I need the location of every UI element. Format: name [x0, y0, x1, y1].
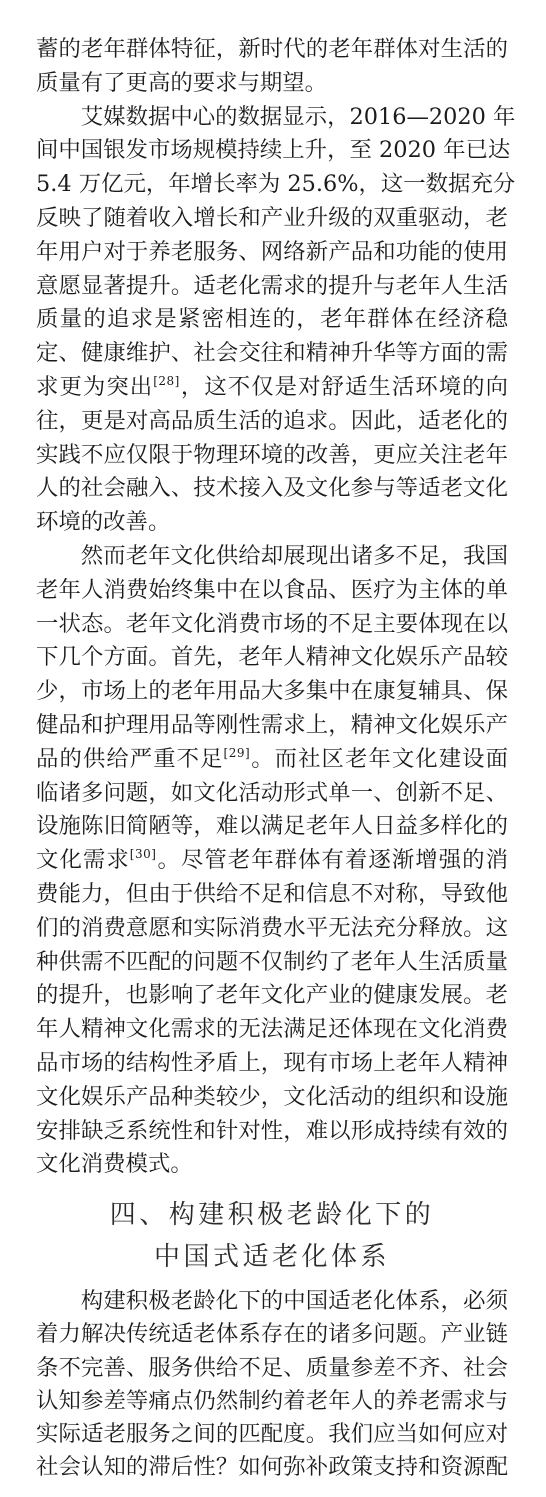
text-line: 年用户对于养老服务、网络新产品和功能的使用 [36, 236, 508, 270]
text-line: 年人精神文化需求的无法满足还体现在文化消费 [36, 1013, 508, 1047]
text-line: 实际适老服务之间的匹配度。我们应当如何应对 [36, 1418, 508, 1451]
text-line: 人的社会融入、技术接入及文化参与等适老文化 [36, 472, 508, 506]
text-line-with-citation: 品的供给严重不足[29]。而社区老年文化建设面 [36, 743, 508, 777]
text-segment: 求更为突出 [36, 374, 153, 400]
text-line-with-citation: 文化需求[30]。尽管老年群体有着逐渐增强的消 [36, 844, 508, 878]
text-line: 条不完善、服务供给不足、质量参差不齐、社会 [36, 1352, 508, 1385]
text-line: 间中国银发市场规模持续上升，至 2020 年已达 [36, 134, 508, 168]
text-line: 反映了随着收入增长和产业升级的双重驱动，老 [36, 202, 508, 236]
text-line: 下几个方面。首先，老年人精神文化娱乐产品较 [36, 641, 508, 675]
text-line: 往，更是对高品质生活的追求。因此，适老化的 [36, 405, 508, 439]
text-line: 种供需不匹配的问题不仅制约了老年人生活质量 [36, 946, 508, 980]
citation-30: [30] [130, 847, 157, 861]
text-line: 着力解决传统适老体系存在的诸多问题。产业链 [36, 1318, 508, 1351]
text-segment: 。尽管老年群体有着逐渐增强的消 [156, 847, 508, 873]
text-line: 实践不应仅限于物理环境的改善，更应关注老年 [36, 439, 508, 473]
text-line: 文化消费模式。 [36, 1148, 508, 1182]
text-line: 社会认知的滞后性？如何弥补政策支持和资源配 [36, 1451, 508, 1484]
text-line: 然而老年文化供给却展现出诸多不足，我国 [36, 540, 508, 574]
paragraph-continued: 蓄的老年群体特征，新时代的老年群体对生活的 质量有了更高的要求与期望。 [36, 33, 508, 101]
text-line: 少，市场上的老年用品大多集中在康复辅具、保 [36, 675, 508, 709]
text-line: 定、健康维护、社会交往和精神升华等方面的需 [36, 337, 508, 371]
paragraph-cultural-supply: 然而老年文化供给却展现出诸多不足，我国 老年人消费始终集中在以食品、医疗为主体的… [36, 540, 508, 1182]
text-line: 文化娱乐产品种类较少，文化活动的组织和设施 [36, 1081, 508, 1115]
document-page: 蓄的老年群体特征，新时代的老年群体对生活的 质量有了更高的要求与期望。 艾媒数据… [36, 33, 508, 1484]
paragraph-building-system: 构建积极老龄化下的中国适老化体系，必须 着力解决传统适老体系存在的诸多问题。产业… [36, 1285, 508, 1484]
text-line: 蓄的老年群体特征，新时代的老年群体对生活的 [36, 33, 508, 67]
text-line: 质量的追求是紧密相连的，老年群体在经济稳 [36, 303, 508, 337]
text-line: 设施陈旧简陋等，难以满足老年人日益多样化的 [36, 810, 508, 844]
text-segment: ，这不仅是对舒适生活环境的向 [180, 374, 508, 400]
text-line: 品市场的结构性矛盾上，现有市场上老年人精神 [36, 1047, 508, 1081]
text-line: 的提升，也影响了老年文化产业的健康发展。老 [36, 979, 508, 1013]
text-segment: 。而社区老年文化建设面 [250, 746, 508, 772]
citation-28: [28] [153, 374, 180, 388]
section-heading-line-1: 四、构建积极老龄化下的 [36, 1194, 508, 1236]
text-line: 5.4 万亿元，年增长率为 25.6%，这一数据充分 [36, 168, 508, 202]
text-line: 质量有了更高的要求与期望。 [36, 67, 508, 101]
text-segment: 品的供给严重不足 [36, 746, 224, 772]
section-heading-line-2: 中国式适老化体系 [36, 1236, 508, 1278]
text-line: 一状态。老年文化消费市场的不足主要体现在以 [36, 608, 508, 642]
text-line: 安排缺乏系统性和针对性，难以形成持续有效的 [36, 1115, 508, 1149]
text-line: 艾媒数据中心的数据显示，2016—2020 年 [36, 101, 508, 135]
text-line-with-citation: 求更为突出[28]，这不仅是对舒适生活环境的向 [36, 371, 508, 405]
text-line: 健品和护理用品等刚性需求上，精神文化娱乐产 [36, 709, 508, 743]
text-line: 意愿显著提升。适老化需求的提升与老年人生活 [36, 270, 508, 304]
text-line: 们的消费意愿和实际消费水平无法充分释放。这 [36, 912, 508, 946]
text-segment: 文化需求 [36, 847, 130, 873]
text-line: 老年人消费始终集中在以食品、医疗为主体的单 [36, 574, 508, 608]
paragraph-silver-market: 艾媒数据中心的数据显示，2016—2020 年 间中国银发市场规模持续上升，至 … [36, 101, 508, 540]
section-heading: 四、构建积极老龄化下的 中国式适老化体系 [36, 1194, 508, 1278]
text-line: 构建积极老龄化下的中国适老化体系，必须 [36, 1285, 508, 1318]
text-line: 环境的改善。 [36, 506, 508, 540]
citation-29: [29] [224, 746, 251, 760]
text-line: 认知参差等痛点仍然制约着老年人的养老需求与 [36, 1385, 508, 1418]
text-line: 临诸多问题，如文化活动形式单一、创新不足、 [36, 777, 508, 811]
text-line: 费能力，但由于供给不足和信息不对称，导致他 [36, 878, 508, 912]
